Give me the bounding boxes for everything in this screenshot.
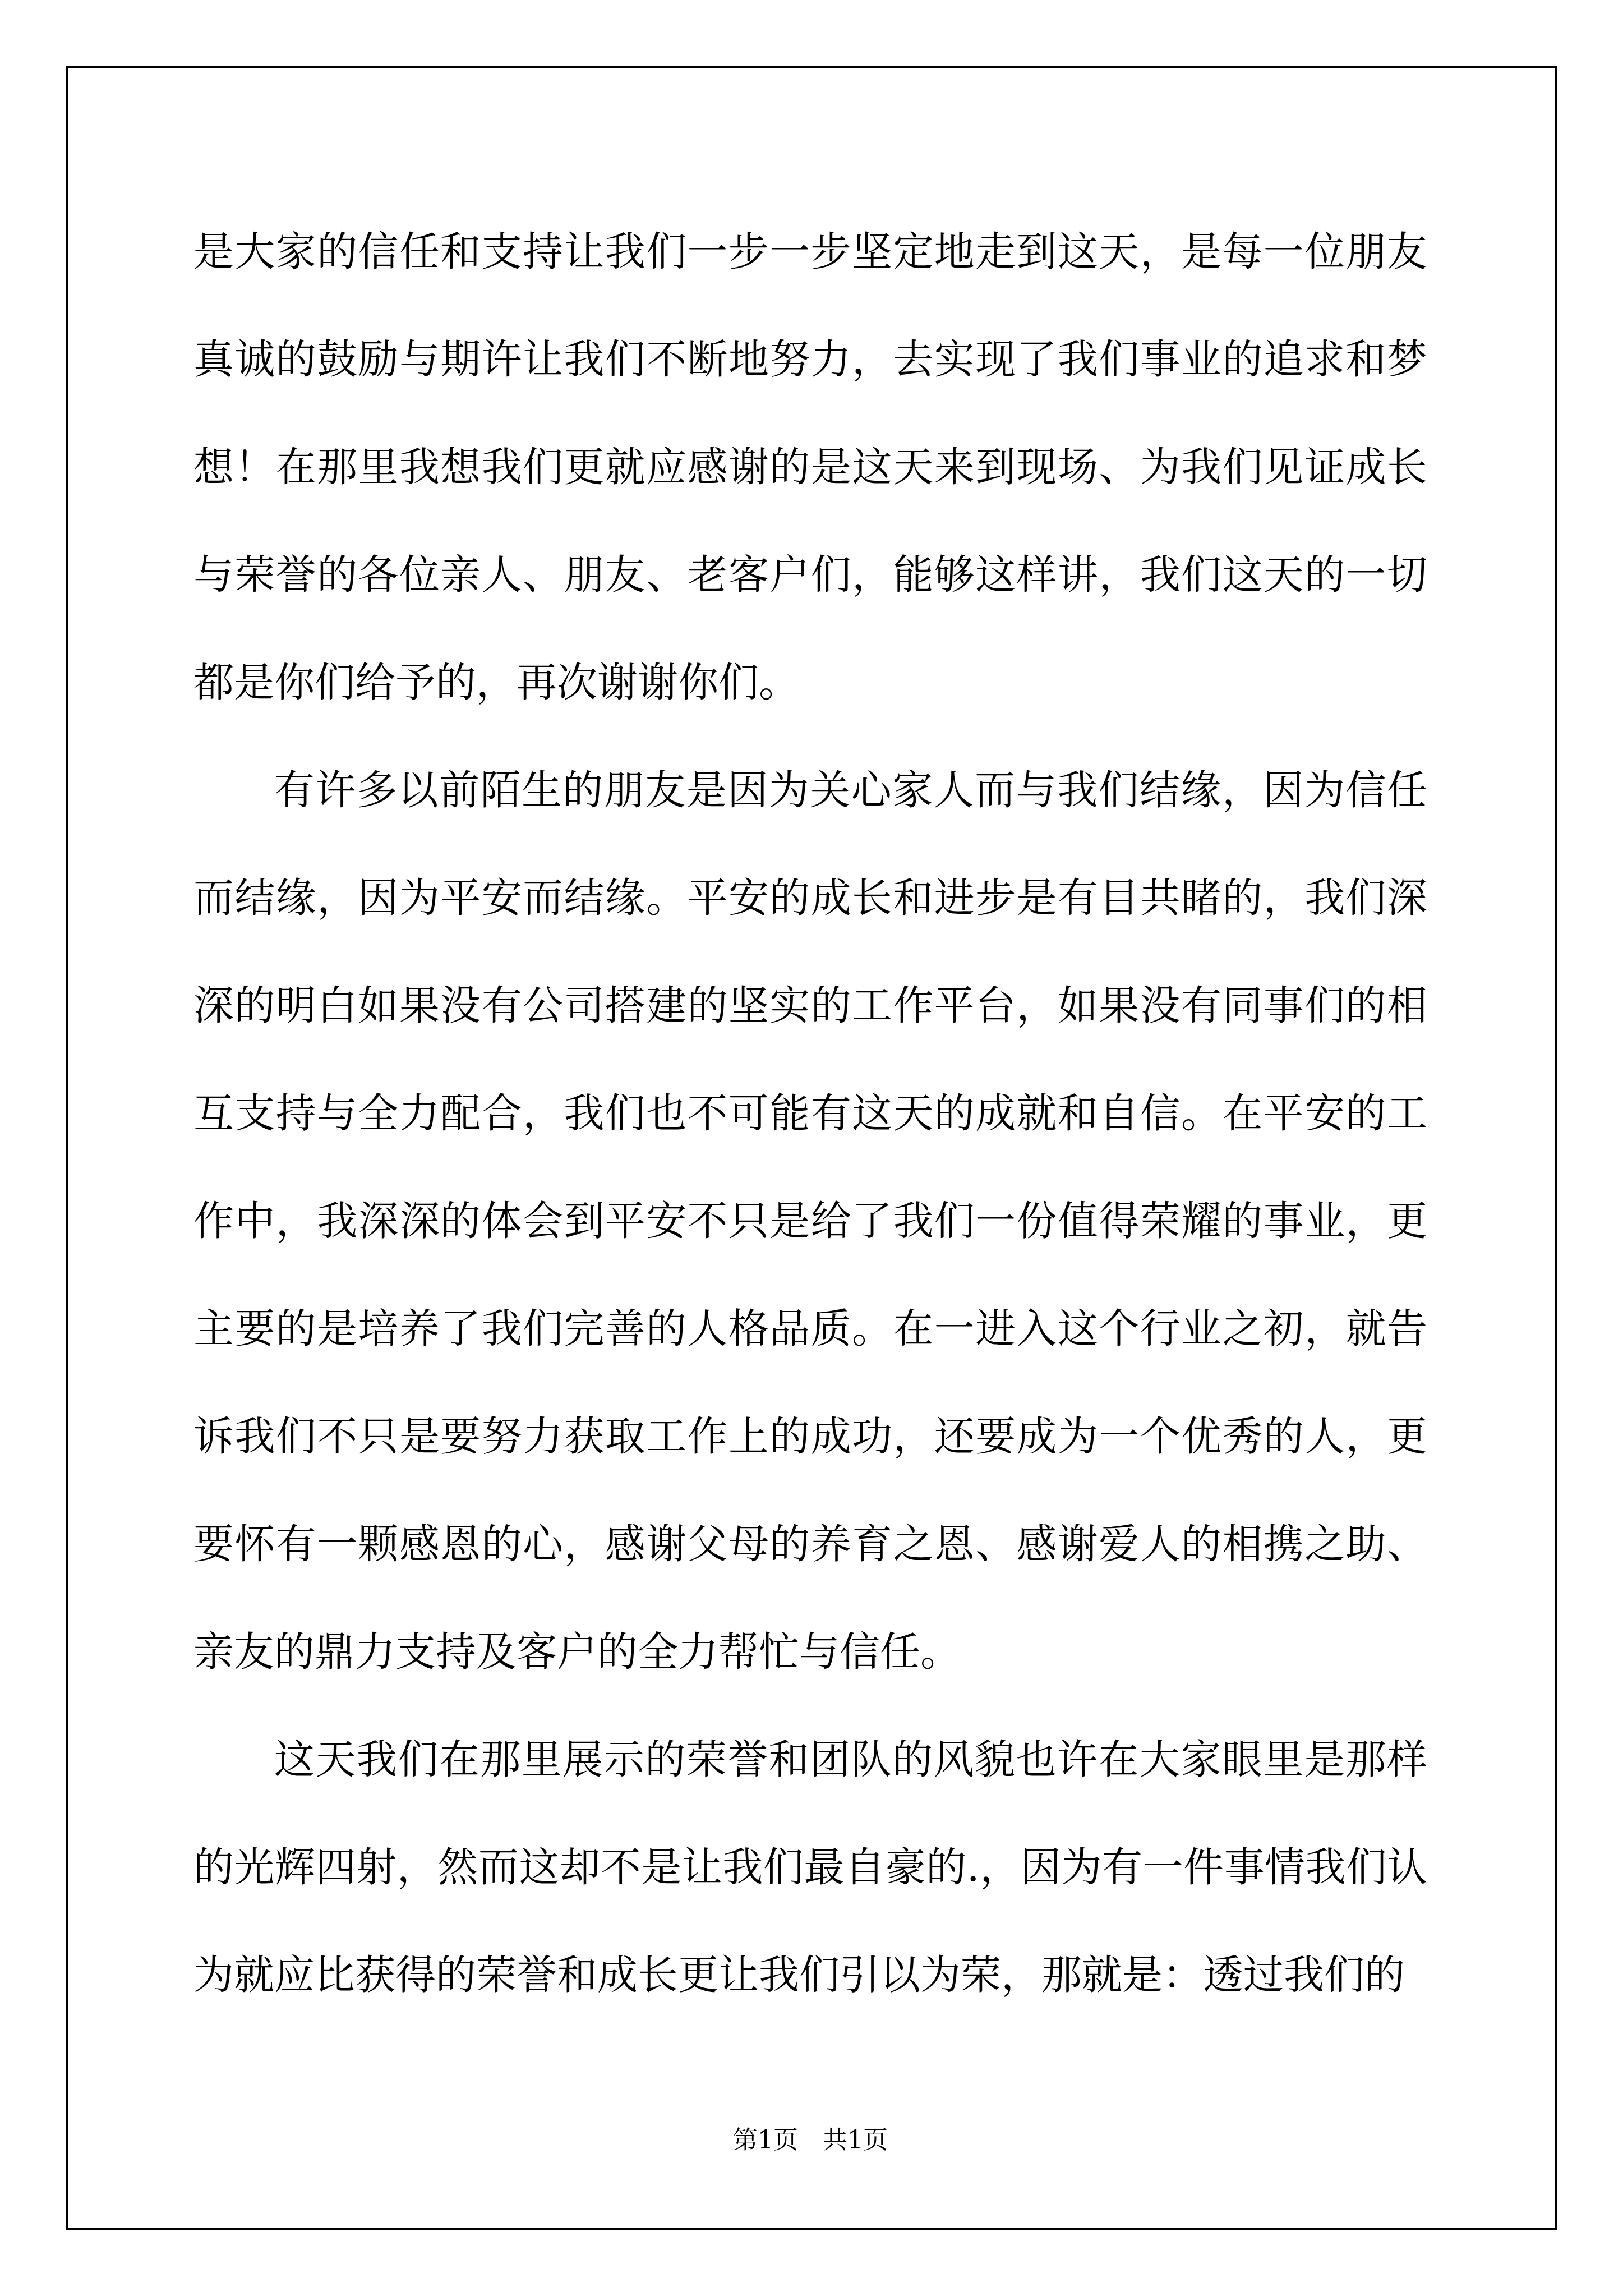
document-page: 是大家的信任和支持让我们一步一步坚定地走到这天，是每一位朋友真诚的鼓励与期许让我… [0,0,1623,2296]
footer-page-total: 共1页 [823,2126,888,2155]
document-body: 是大家的信任和支持让我们一步一步坚定地走到这天，是每一位朋友真诚的鼓励与期许让我… [193,197,1427,2028]
footer-page-current: 第1页 [733,2126,798,2155]
paragraph: 这天我们在那里展示的荣誉和团队的风貌也许在大家眼里是那样的光辉四射，然而这却不是… [193,1705,1427,2028]
paragraph: 是大家的信任和支持让我们一步一步坚定地走到这天，是每一位朋友真诚的鼓励与期许让我… [193,197,1427,736]
page-footer: 第1页共1页 [193,2125,1427,2156]
paragraph: 有许多以前陌生的朋友是因为关心家人而与我们结缘，因为信任而结缘，因为平安而结缘。… [193,736,1427,1705]
